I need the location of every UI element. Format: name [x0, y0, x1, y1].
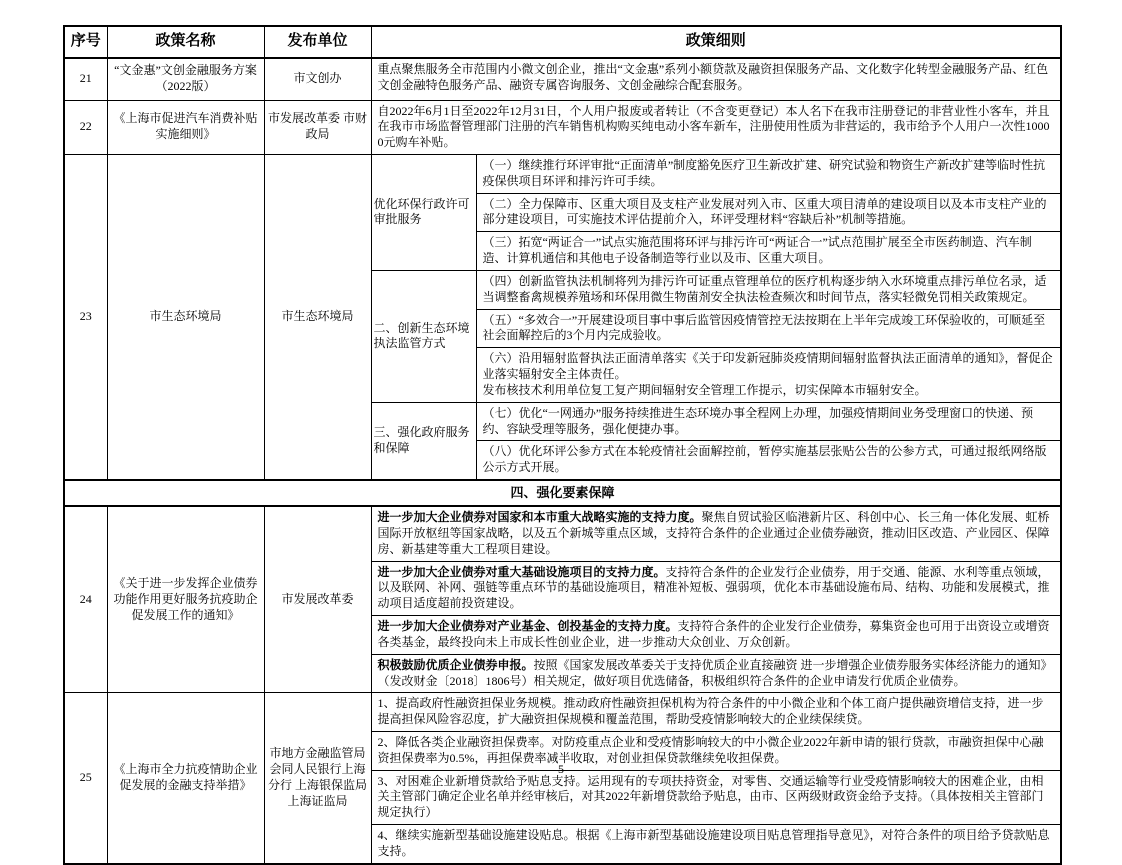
- table-header-row: 序号 政策名称 发布单位 政策细则: [64, 26, 1061, 58]
- row-25-issuing-unit: 市地方金融监管局会同人民银行上海分行 上海银保监局 上海证监局: [264, 693, 371, 864]
- page-number: 5: [0, 762, 1122, 777]
- row-24-paragraph-1-lead: 进一步加大企业债券对国家和本市重大战略实施的支持力度。: [378, 510, 702, 524]
- row-25-seq: 25: [64, 693, 107, 864]
- policy-table: 序号 政策名称 发布单位 政策细则 21 “文金惠”文创金融服务方案（2022版…: [63, 25, 1062, 865]
- table-row-21: 21 “文金惠”文创金融服务方案（2022版） 市文创办 重点聚焦服务全市范围内…: [64, 58, 1061, 100]
- row-23-item-4: （四）创新监管执法机制将列为排污许可证重点管理单位的医疗机构逐步纳入水环境重点排…: [476, 270, 1061, 309]
- row-24-paragraph-4: 积极鼓励优质企业债券申报。按照《国家发展改革委关于支持优质企业直接融资 进一步增…: [371, 654, 1061, 693]
- row-23-item-6-part-1: （六）沿用辐射监督执法正面清单落实《关于印发新冠肺炎疫情期间辐射监督执法正面清单…: [483, 351, 1055, 383]
- row-23-policy-name: 市生态环境局: [107, 154, 264, 480]
- row-23-item-2: （二）全力保障市、区重大项目及支柱产业发展对列入市、区重大项目清单的建设项目以及…: [476, 193, 1061, 232]
- row-23-group-1-label: 优化环保行政许可审批服务: [371, 154, 476, 270]
- row-21-seq: 21: [64, 58, 107, 100]
- row-24-paragraph-2-lead: 进一步加大企业债券对重大基础设施项目的支持力度。: [378, 565, 666, 579]
- row-23-item-8: （八）优化环评公参方式在本轮疫情社会面解控前，暂停实施基层张贴公告的公参方式，可…: [476, 441, 1061, 480]
- row-23-seq: 23: [64, 154, 107, 480]
- row-23-item-7: （七）优化“一网通办”服务持续推进生态环境办事全程网上办理，加强疫情期间业务受理…: [476, 402, 1061, 441]
- row-23-issuing-unit: 市生态环境局: [264, 154, 371, 480]
- table-row-25: 25 《上海市全力抗疫情助企业促发展的金融支持举措》 市地方金融监管局会同人民银…: [64, 693, 1061, 732]
- row-22-seq: 22: [64, 100, 107, 154]
- row-24-seq: 24: [64, 506, 107, 693]
- row-23-item-1: （一）继续推行环评审批“正面清单”制度豁免医疗卫生新改扩建、研究试验和物资生产新…: [476, 154, 1061, 193]
- section-4-title: 四、强化要素保障: [64, 480, 1061, 506]
- table-row-22: 22 《上海市促进汽车消费补贴实施细则》 市发展改革委 市财政局 自2022年6…: [64, 100, 1061, 154]
- section-4-row: 四、强化要素保障: [64, 480, 1061, 506]
- row-23-item-6-part-2: 发布核技术利用单位复工复产期间辐射安全管理工作提示，切实保障本市辐射安全。: [483, 383, 1055, 399]
- row-25-policy-name: 《上海市全力抗疫情助企业促发展的金融支持举措》: [107, 693, 264, 864]
- row-24-issuing-unit: 市发展改革委: [264, 506, 371, 693]
- row-21-policy-name: “文金惠”文创金融服务方案（2022版）: [107, 58, 264, 100]
- row-21-issuing-unit: 市文创办: [264, 58, 371, 100]
- row-23-item-5: （五）“多效合一”开展建设项目事中事后监管因疫情管控无法按期在上半年完成竣工环保…: [476, 309, 1061, 348]
- row-22-issuing-unit: 市发展改革委 市财政局: [264, 100, 371, 154]
- header-cell-issuing-unit: 发布单位: [264, 26, 371, 58]
- row-25-paragraph-3: 3、对困难企业新增贷款给予贴息支持。运用现有的专项扶持资金，对零售、交通运输等行…: [371, 770, 1061, 824]
- header-cell-seq: 序号: [64, 26, 107, 58]
- row-22-detail: 自2022年6月1日至2022年12月31日，个人用户报废或者转让（不含变更登记…: [371, 100, 1061, 154]
- row-23-item-3: （三）拓宽“两证合一”试点实施范围将环评与排污许可“两证合一”试点范围扩展至全市…: [476, 232, 1061, 271]
- table-row-24: 24 《关于进一步发挥企业债券功能作用更好服务抗疫助企促发展工作的通知》 市发展…: [64, 506, 1061, 561]
- row-23-group-3-label: 三、强化政府服务和保障: [371, 402, 476, 480]
- header-cell-policy-detail: 政策细则: [371, 26, 1061, 58]
- row-21-detail: 重点聚焦服务全市范围内小微文创企业，推出“文金惠”系列小额贷款及融资担保服务产品…: [371, 58, 1061, 100]
- row-24-paragraph-4-lead: 积极鼓励优质企业债券申报。: [378, 658, 534, 672]
- row-25-paragraph-4: 4、继续实施新型基础设施建设贴息。根据《上海市新型基础设施建设项目贴息管理指导意…: [371, 825, 1061, 864]
- row-24-policy-name: 《关于进一步发挥企业债券功能作用更好服务抗疫助企促发展工作的通知》: [107, 506, 264, 693]
- row-23-group-2-label: 二、创新生态环境执法监管方式: [371, 270, 476, 402]
- row-24-paragraph-3: 进一步加大企业债券对产业基金、创投基金的支持力度。支持符合条件的企业发行企业债券…: [371, 616, 1061, 655]
- row-24-paragraph-3-lead: 进一步加大企业债券对产业基金、创投基金的支持力度。: [378, 619, 678, 633]
- table-row-23: 23 市生态环境局 市生态环境局 优化环保行政许可审批服务 （一）继续推行环评审…: [64, 154, 1061, 193]
- row-23-item-6: （六）沿用辐射监督执法正面清单落实《关于印发新冠肺炎疫情期间辐射监督执法正面清单…: [476, 348, 1061, 402]
- row-25-paragraph-1: 1、提高政府性融资担保业务规模。推动政府性融资担保机构为符合条件的中小微企业和个…: [371, 693, 1061, 732]
- row-22-policy-name: 《上海市促进汽车消费补贴实施细则》: [107, 100, 264, 154]
- row-24-paragraph-2: 进一步加大企业债券对重大基础设施项目的支持力度。支持符合条件的企业发行企业债券，…: [371, 561, 1061, 615]
- row-24-paragraph-1: 进一步加大企业债券对国家和本市重大战略实施的支持力度。聚焦自贸试验区临港新片区、…: [371, 506, 1061, 561]
- header-cell-policy-name: 政策名称: [107, 26, 264, 58]
- document-page: 序号 政策名称 发布单位 政策细则 21 “文金惠”文创金融服务方案（2022版…: [0, 0, 1122, 793]
